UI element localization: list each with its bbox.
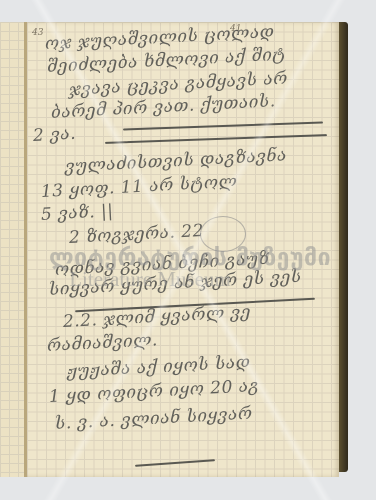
page-number-left: 43 — [32, 28, 43, 38]
handwriting-line: 2 ვა. — [32, 124, 76, 146]
watermark: ლიტერატურის მუზეუმი Literature Museum — [30, 245, 350, 292]
handwriting-line: რამიაშვილ. — [46, 330, 158, 356]
handwriting-line: 2 ზოგჯერა. 22 — [68, 221, 204, 248]
underline-stroke — [123, 122, 323, 131]
handwriting-line: 2.2. ჯლიმ ყვარლ ვე — [62, 302, 251, 332]
handwriting-line: 5 ვაზ. || — [40, 201, 113, 225]
underline-stroke — [105, 134, 327, 144]
left-page-edge — [0, 22, 25, 477]
underline-stroke — [135, 459, 215, 467]
handwriting-line: ს. ვ. ა. ვლიან სიყვარ — [54, 404, 253, 434]
handwriting-line: ვულაძისთვის დაგზავნა — [64, 145, 287, 177]
